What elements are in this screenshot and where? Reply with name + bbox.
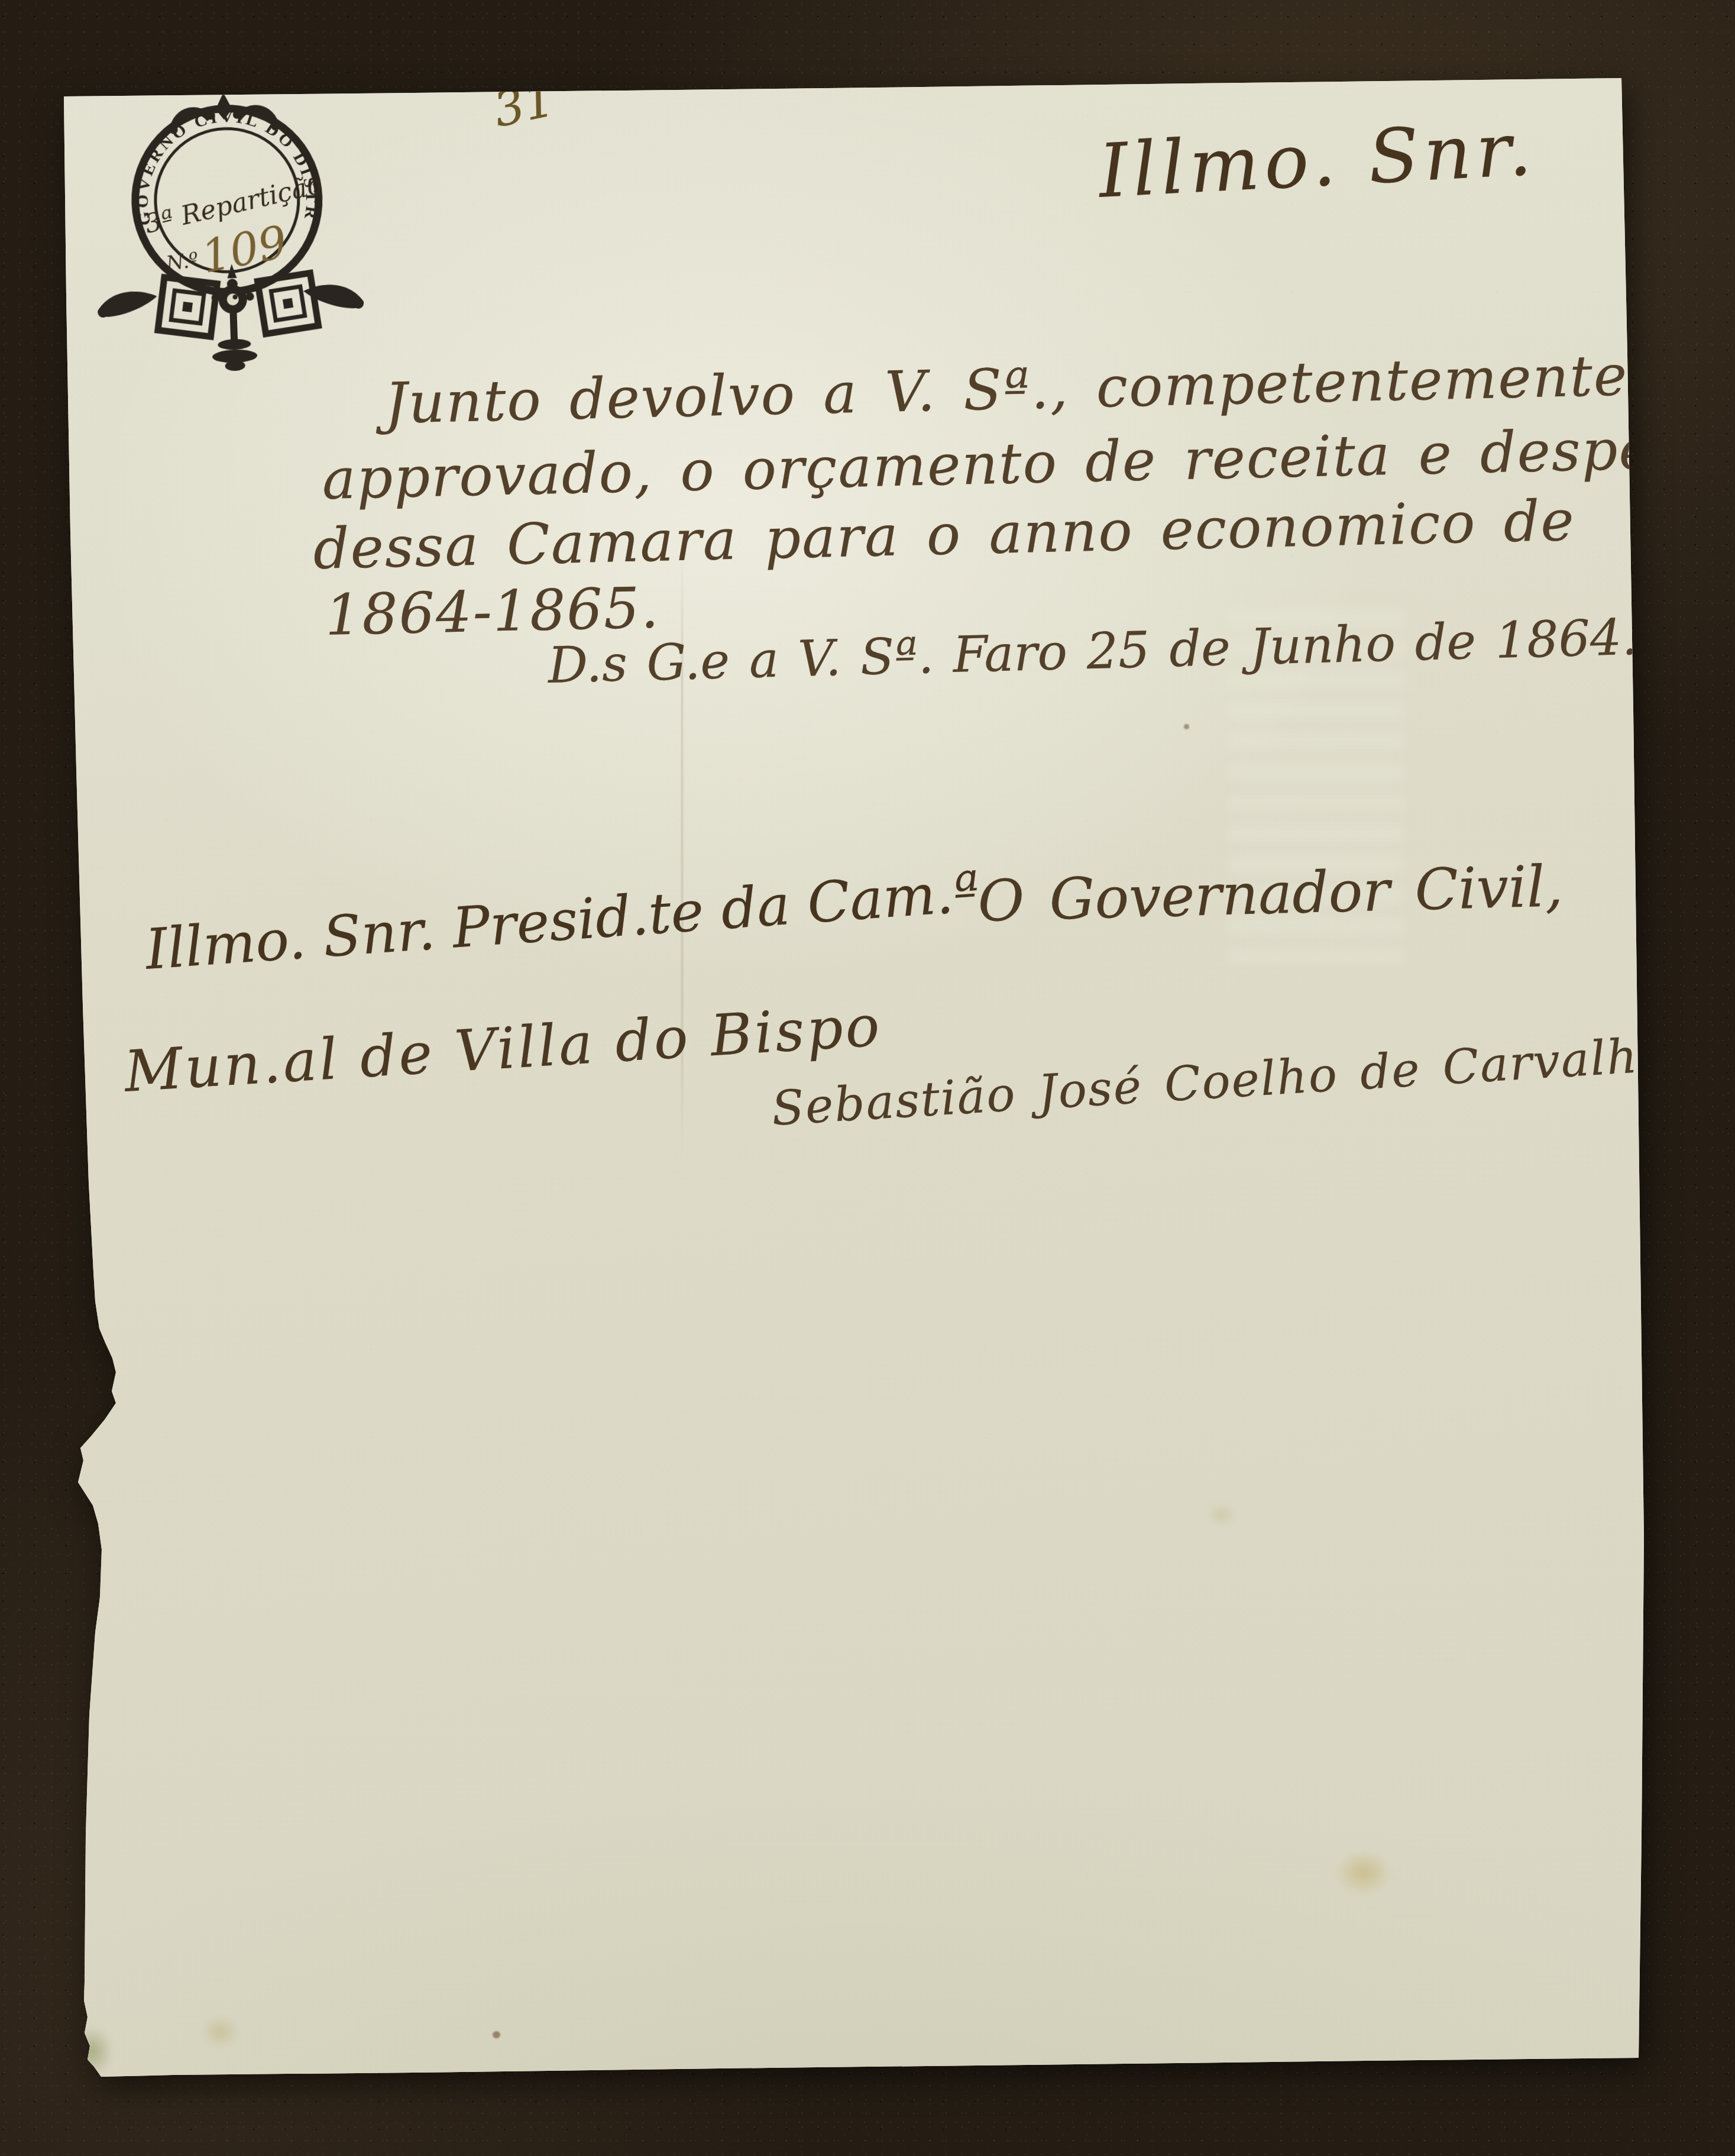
dateline: D.s G.e a V. Sª. Faro 25 de Junho de 186… xyxy=(547,608,1638,694)
governor-signature: Sebastião José Coelho de Carvalho xyxy=(770,1027,1669,1136)
folio-number: 31 xyxy=(489,72,559,138)
letter-paper: GOVERNO CIVIL DO DISTRICTO DE FARO xyxy=(0,0,1735,2156)
stain xyxy=(1335,1850,1392,1895)
addressee-line-2: Mun.al de Villa do Bispo xyxy=(122,993,883,1105)
paper-shadow-wrap: GOVERNO CIVIL DO DISTRICTO DE FARO xyxy=(0,0,1735,2156)
stamp-number-label: N.º xyxy=(164,248,200,276)
official-stamp: GOVERNO CIVIL DO DISTRICTO DE FARO xyxy=(83,83,389,389)
stain xyxy=(70,2026,114,2077)
addressee-line-1: Illmo. Snr. Presid.te da Cam.ª xyxy=(143,860,982,982)
stamp-right-greek-key-ornament xyxy=(258,273,319,334)
ink-speck xyxy=(1184,724,1189,729)
ink-speck xyxy=(493,2031,500,2038)
salutation: Illmo. Snr. xyxy=(1096,106,1538,215)
stamp-left-scroll-ornament xyxy=(97,291,157,318)
photo-backdrop: GOVERNO CIVIL DO DISTRICTO DE FARO xyxy=(0,0,1735,2156)
stain xyxy=(1206,1502,1237,1527)
closing-governor-civil: O Governador Civil, xyxy=(977,853,1564,935)
stain xyxy=(201,2016,239,2048)
